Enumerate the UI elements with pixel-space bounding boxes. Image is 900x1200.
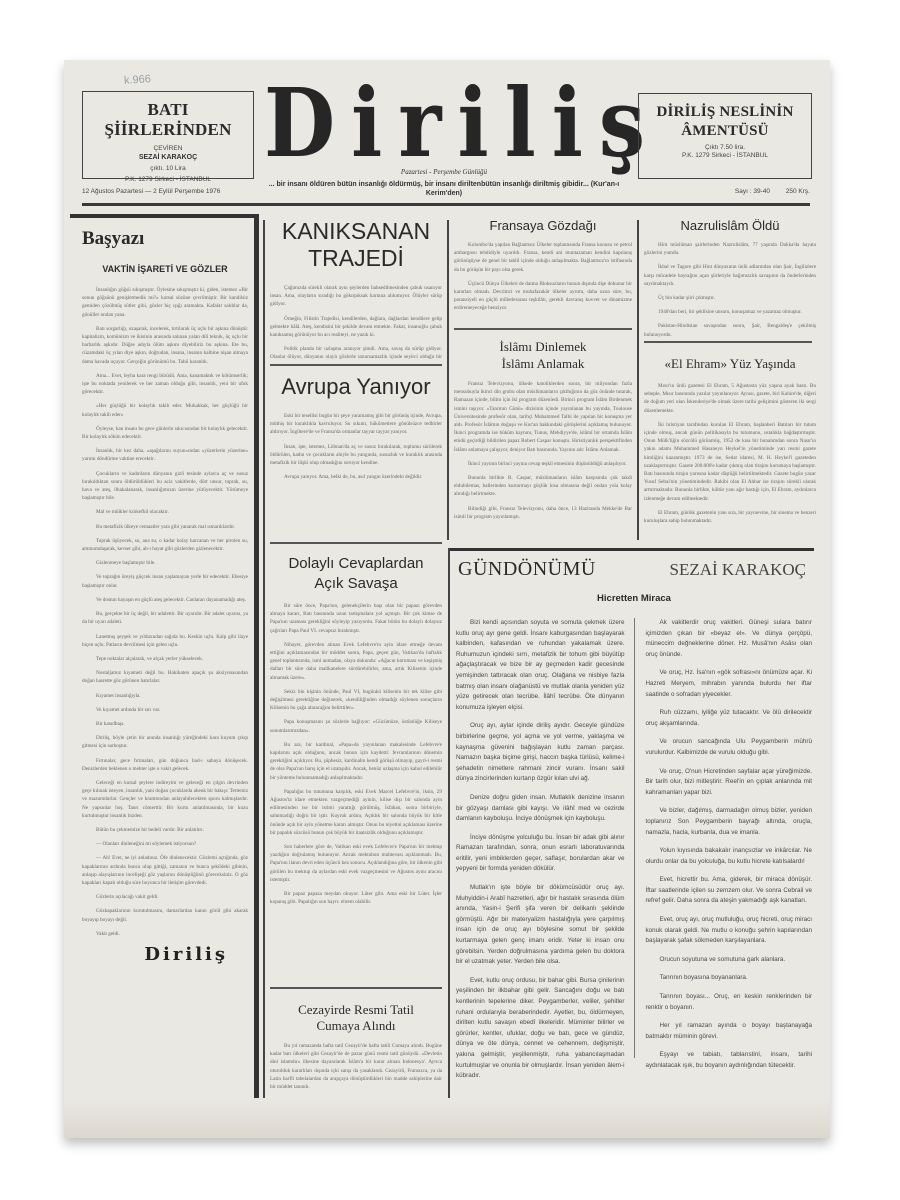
paragraph: Bu metafizik ülkeye cemaatler yara gibi …	[82, 523, 248, 531]
paragraph: Bütün bu çekmemize bir bedeli vardır. Bi…	[82, 826, 248, 834]
article-dolayli-cevaplardan: Dolaylı Cevaplardan Açık Savaşa Bir süre…	[270, 554, 442, 913]
section-divider	[270, 364, 442, 366]
paragraph: Bu yıl ramazanda hafta tatil Cezayir'de …	[270, 1042, 442, 1091]
paragraph: Nihayet, görevden alınan Evek Lefebvre'ı…	[270, 641, 442, 682]
section-divider	[644, 341, 812, 343]
article-gundonumu: GÜNDÖNÜMÜ SEZAİ KARAKOÇ Hicretten Miraca…	[456, 558, 812, 1090]
ehram-body: Mısır'ın ünlü gazetesi El Ehram, 5 Ağust…	[644, 382, 816, 525]
article-avrupa-yaniyor: Avrupa Yanıyor Eski bir tesellisi bugün …	[270, 374, 442, 487]
gundonumu-column-title: GÜNDÖNÜMÜ	[458, 558, 596, 581]
cezayir-title-line1: Cezayirde Resmi Tatil	[270, 1002, 442, 1018]
fransaya-title: Fransaya Gözdağı	[454, 218, 632, 233]
paragraph: Sekiz bin kişinin önünde, Paul VI, bugün…	[270, 688, 442, 713]
right-box-title-line1: DİRİLİŞ NESLİNİN	[639, 104, 811, 121]
gundonumu-title: Hicretten Miraca	[456, 593, 812, 604]
issue-number: Sayı : 39-40	[735, 188, 770, 195]
paragraph: Bilindiği gibi, Fransız Televizyonu, dah…	[454, 505, 632, 521]
paragraph: Gizlenmeye başlamıştır bile.	[82, 559, 248, 567]
issue-meta: Sayı : 39-40 250 Krş.	[721, 188, 810, 195]
paragraph: Bu ara, bir kardinal, «Papa»da yayınlana…	[270, 741, 442, 782]
paragraph: 1940'dan beri, bir şeklîsine unsuru, kon…	[644, 308, 816, 316]
paragraph: Eski bir tesellisi bugün bir şeye yarama…	[270, 412, 442, 437]
paragraph: İnsanlık, bir kez daha, «aşağılarını suy…	[82, 447, 248, 463]
section-divider	[454, 328, 632, 330]
paragraph: Ama... Evet, leyha kara rengi bürüdü. Am…	[82, 372, 248, 397]
paragraph: Hint müslüman şairlerinden Nazrulislâm, …	[644, 241, 816, 257]
paragraph: Bütün bu değişikliklerin gerekçesi, arap…	[270, 1097, 442, 1113]
masthead-rule	[82, 203, 810, 206]
left-box-status: çıktı. 10 Lira	[83, 165, 253, 172]
paragraph: — Olanları dinleneğini mi söylemek istiy…	[82, 840, 248, 848]
gundonumu-body-left: Bizi kendi açısından soyuta ve somuta çe…	[456, 618, 624, 1090]
nazrul-body: Hint müslüman şairlerinden Nazrulislâm, …	[644, 241, 816, 338]
right-box-title-line2: ÂMENTÜSÜ	[639, 123, 811, 140]
issue-price: 250 Krş.	[786, 188, 810, 195]
article-el-ehram: «El Ehram» Yüz Yaşında Mısır'ın ünlü gaz…	[644, 356, 816, 531]
dolayli-title-line1: Dolaylı Cevaplardan	[270, 554, 442, 574]
paragraph: Diriliş, böyle çetin bir anında insanlığ…	[82, 734, 248, 750]
paragraph: Evet, oruç ayı, oruç mutluluğu, oruç hic…	[645, 915, 812, 947]
kaniksanan-title-line2: TRAJEDİ	[270, 245, 442, 272]
article-kaniksanan-trajedi: KANIKSANAN TRAJEDİ Çağımızda sürekli ola…	[270, 218, 442, 360]
paragraph: Politik planda bir uzlaşma aranıyor şimd…	[270, 345, 442, 360]
paragraph: Batı sorgarlığı, uzaşarak, incelerek, tı…	[82, 325, 248, 366]
column-divider	[637, 220, 639, 540]
paragraph: Kolombo'da yapılan Bağlantısız Ülkeler t…	[454, 241, 632, 274]
editorial-signature: Diriliş	[82, 944, 228, 965]
right-promo-box: DİRİLİŞ NESLİNİN ÂMENTÜSÜ Çıktı 7.50 lir…	[638, 93, 812, 179]
left-box-translator: SEZAİ KARAKOÇ	[83, 154, 253, 161]
column-divider	[447, 220, 449, 540]
ehram-title: «El Ehram» Yüz Yaşında	[644, 356, 816, 372]
paragraph: Bu, gerçekte bir üç değil, bir adalettir…	[82, 610, 248, 626]
paragraph: — Ah! Evet, ne iyi anladınız. Öfe dinlen…	[82, 854, 248, 887]
column-divider	[448, 548, 450, 1118]
left-box-translator-label: ÇEVİREN	[83, 145, 253, 152]
paragraph: Ve oruç, O'nun Hicretinden sayfalar açar…	[645, 767, 812, 799]
paragraph: Üç bin kadar şiiri çıkmıştır.	[644, 294, 816, 302]
article-fransaya-gozdagi: Fransaya Gözdağı Kolombo'da yapılan Bağl…	[454, 218, 632, 319]
paragraph: İnsan, işte, istemez, Lübnan'da aç ve su…	[270, 443, 442, 468]
islami-body: Fransız Televizyonu, ülkede katoliklerde…	[454, 380, 632, 521]
paragraph: Çocukların ve kadınların dünyanın gizli …	[82, 470, 248, 503]
dolayli-body: Bir süre önce, Papa'nın, gelenekçilerin …	[270, 602, 442, 907]
left-box-title: BATI ŞİİRLERİNDEN	[83, 100, 253, 140]
paragraph: Fransız Televizyonu, ülkede katoliklerde…	[454, 380, 632, 454]
paragraph: Mutlak'ın işte böyle bir dökümcüsüdür or…	[456, 883, 624, 968]
paragraph: İnciye dönüşme yolculuğu bu. İnsan bir a…	[456, 833, 624, 875]
article-cezayir: Cezayirde Resmi Tatil Cumaya Alındı Bu y…	[270, 1002, 442, 1120]
paragraph: Evet, hicrettir bu. Ama, giderek, bir mi…	[645, 875, 812, 907]
paragraph: Papa konuşmasını şu sözlerle bağlıyor: «…	[270, 718, 442, 734]
paragraph: Tepe noktalar alçalarak, ve alçak yerler…	[82, 655, 248, 663]
islami-title-line2: İslâmı Anlamak	[454, 355, 632, 372]
paragraph: İkbal ve Tagore gibi Hint dünyasının ünl…	[644, 263, 816, 288]
masthead: Diriliş Pazartesi - Perşembe Günlüğü ...…	[264, 78, 624, 198]
column-divider	[634, 618, 635, 1058]
paragraph: Bir süre önce, Papa'nın, gelenekçilerin …	[270, 602, 442, 635]
paragraph: Geleceği en kutsal şeylere indireyim ve …	[82, 779, 248, 820]
article-editorial: Başyazı VAKTİN İŞARETİ VE GÖZLER İnsanlı…	[82, 228, 248, 965]
paragraph: Son haberlere göre de, Vatikan eski evek…	[270, 843, 442, 884]
paragraph: Bizi kendi açısından soyuta ve somuta çe…	[456, 618, 624, 713]
avrupa-title: Avrupa Yanıyor	[270, 374, 442, 400]
paragraph: Avrupa yanıyor. Ama, belki de, bu, asıl …	[270, 473, 442, 481]
paragraph: Ve bizler, dağılmış, darmadağın olmuş bi…	[645, 806, 812, 838]
cezayir-title-line2: Cumaya Alındı	[270, 1018, 442, 1034]
paragraph: Ve orucun sancağında Ulu Peygamberin müh…	[645, 737, 812, 758]
paragraph: Ve kıyamet ardında bir sırı var.	[82, 706, 248, 714]
dolayli-title-line2: Açık Savaşa	[270, 574, 442, 594]
paragraph: Ve toprağın üreyiş güçcek insan yaşlamay…	[82, 573, 248, 589]
kaniksanan-body: Çağımızda sürekli olarak aynı şeylerden …	[270, 284, 442, 360]
paragraph: Mısır'ın ünlü gazetesi El Ehram, 5 Ağust…	[644, 382, 816, 415]
fransaya-body: Kolombo'da yapılan Bağlantısız Ülkeler t…	[454, 241, 632, 313]
paragraph: Tanrının boyasına boyananlara.	[645, 973, 812, 984]
paragraph: Tanrının boyası... Oruç, en keskin renkl…	[645, 992, 812, 1013]
newspaper-page: k.966 BATI ŞİİRLERİNDEN ÇEVİREN SEZAİ KA…	[64, 60, 830, 1138]
paragraph: Denize doğru giden insan. Mutlaklık deni…	[456, 793, 624, 825]
paragraph: «Her güçlüğü bir kolaylık takib eder. Mu…	[82, 402, 248, 418]
paragraph: Bir papaz papaza meydan okuyor. Lüter gi…	[270, 890, 442, 906]
paragraph: Yolun kıyısında bakakalır inançsızlar ve…	[645, 846, 812, 867]
cezayir-body: Bu yıl ramazanda hafta tatil Cezayir'de …	[270, 1042, 442, 1114]
editorial-title: VAKTİN İŞARETİ VE GÖZLER	[82, 264, 248, 274]
handwritten-note: k.966	[124, 73, 152, 87]
paragraph: Mal ve mülkler kılıkefkil olacaktır.	[82, 508, 248, 516]
paragraph: Bununla birlikte R. Caspar, müslümanları…	[454, 474, 632, 499]
paragraph: Toprak üşüyecek, su, ana su, o kadar kol…	[82, 537, 248, 553]
avrupa-body: Eski bir tesellisi bugün bir şeye yarama…	[270, 412, 442, 481]
paragraph: Çağımızda sürekli olarak aynı şeylerden …	[270, 284, 442, 309]
paragraph: Evet, kutlu oruç ordusu, bir bahar gibi.…	[456, 976, 624, 1082]
left-box-address: P.K. 1279 Sirkeci - İSTANBUL	[83, 176, 253, 183]
paragraph: Örneğin, Filistin Trajedisi, kendilerden…	[270, 315, 442, 340]
paragraph: Ruh cüzzamı, iyiliğe yüz tutacaktır. Ve …	[645, 708, 812, 729]
paragraph: Gözlerin açılacağı vakit geldi.	[82, 893, 248, 901]
paragraph: Nostaljamız kıyameti değil bu. Hakikaten…	[82, 669, 248, 685]
paragraph: Oruç ayı, aylar içinde diriliş ayıdır. G…	[456, 721, 624, 785]
article-islami-dinlemek: İslâmı Dinlemek İslâmı Anlamak Fransız T…	[454, 338, 632, 527]
paragraph: Ak vakitlerdir oruç vakitleri. Güneşi su…	[645, 618, 812, 660]
paragraph: Fırtınalar, gece fırtınaları, gün doğunc…	[82, 757, 248, 773]
editorial-label: Başyazı	[82, 228, 248, 250]
islami-title-line1: İslâmı Dinlemek	[454, 338, 632, 355]
paragraph: Üçüncü Dünya Ülkeleri de daima Bloksuzla…	[454, 280, 632, 313]
paragraph: İkinci yayının birinci yayına cevap teşk…	[454, 460, 632, 468]
left-promo-box: BATI ŞİİRLERİNDEN ÇEVİREN SEZAİ KARAKOÇ …	[82, 91, 254, 179]
paragraph: Bir kasıdbaşı.	[82, 720, 248, 728]
article-nazrulislam: Nazrulislâm Öldü Hint müslüman şairlerin…	[644, 218, 816, 338]
right-box-address: P.K. 1279 Sirkeci - İSTANBUL	[639, 152, 811, 159]
section-divider	[270, 542, 442, 544]
paragraph: Ve oruç, Hz. İsa'nın «gök sofrası»nı önü…	[645, 668, 812, 700]
paragraph: Eşyayı ve tabiatı, tablarıstiní, insanı,…	[645, 1050, 812, 1071]
issue-date: 12 Ağustos Pazartesi — 2 Eylül Perşembe …	[82, 188, 220, 195]
paragraph: Lanetmış şeyşek ve yıldızından sağıda bu…	[82, 633, 248, 649]
right-box-status: Çıktı 7.50 lira.	[639, 144, 811, 151]
masthead-title: Diriliş	[264, 71, 624, 177]
paragraph: Gözkapaklarının kurutulmasını, damarlard…	[82, 907, 248, 923]
paragraph: Ve dostun hayaşın en güçlü ateş gelecekt…	[82, 596, 248, 604]
gundonumu-author: SEZAİ KARAKOÇ	[670, 560, 806, 580]
gundonumu-body-right: Ak vakitlerdir oruç vakitleri. Güneşi su…	[645, 618, 812, 1090]
paragraph: Öyleyse, kan insanı bu gece günlerin sık…	[82, 425, 248, 441]
column-divider	[263, 220, 265, 1120]
paragraph: Kıyamet insanlığıyla.	[82, 692, 248, 700]
paragraph: Her yıl ramazan ayında o boyayı baştanay…	[645, 1021, 812, 1042]
paragraph: İki hristiyan tarafından kurulan El Ehra…	[644, 421, 816, 503]
editorial-body: İnsanlığın göğsü sıkışmıştır. Öylesine s…	[82, 286, 248, 938]
section-divider	[270, 987, 442, 989]
masthead-quote: ... bir insanı öldüren bütün insanlığı ö…	[264, 180, 624, 198]
kaniksanan-title-line1: KANIKSANAN	[270, 218, 442, 245]
paragraph: Orucun soyutuna ve somutuna gark alanlar…	[645, 955, 812, 966]
section-divider	[448, 548, 814, 551]
paragraph: El Ehram, günlük gazetenin yanı sıra, bi…	[644, 509, 816, 525]
paragraph: Pakistan-Hindistan savaşından sonra, Şai…	[644, 322, 816, 338]
nazrul-title: Nazrulislâm Öldü	[644, 218, 816, 233]
paragraph: İnsanlığın göğsü sıkışmıştır. Öylesine s…	[82, 286, 248, 319]
paragraph: Vakit geldi.	[82, 930, 248, 938]
paragraph: Papalığın bu tutumuna karşılık, eski Eve…	[270, 788, 442, 837]
